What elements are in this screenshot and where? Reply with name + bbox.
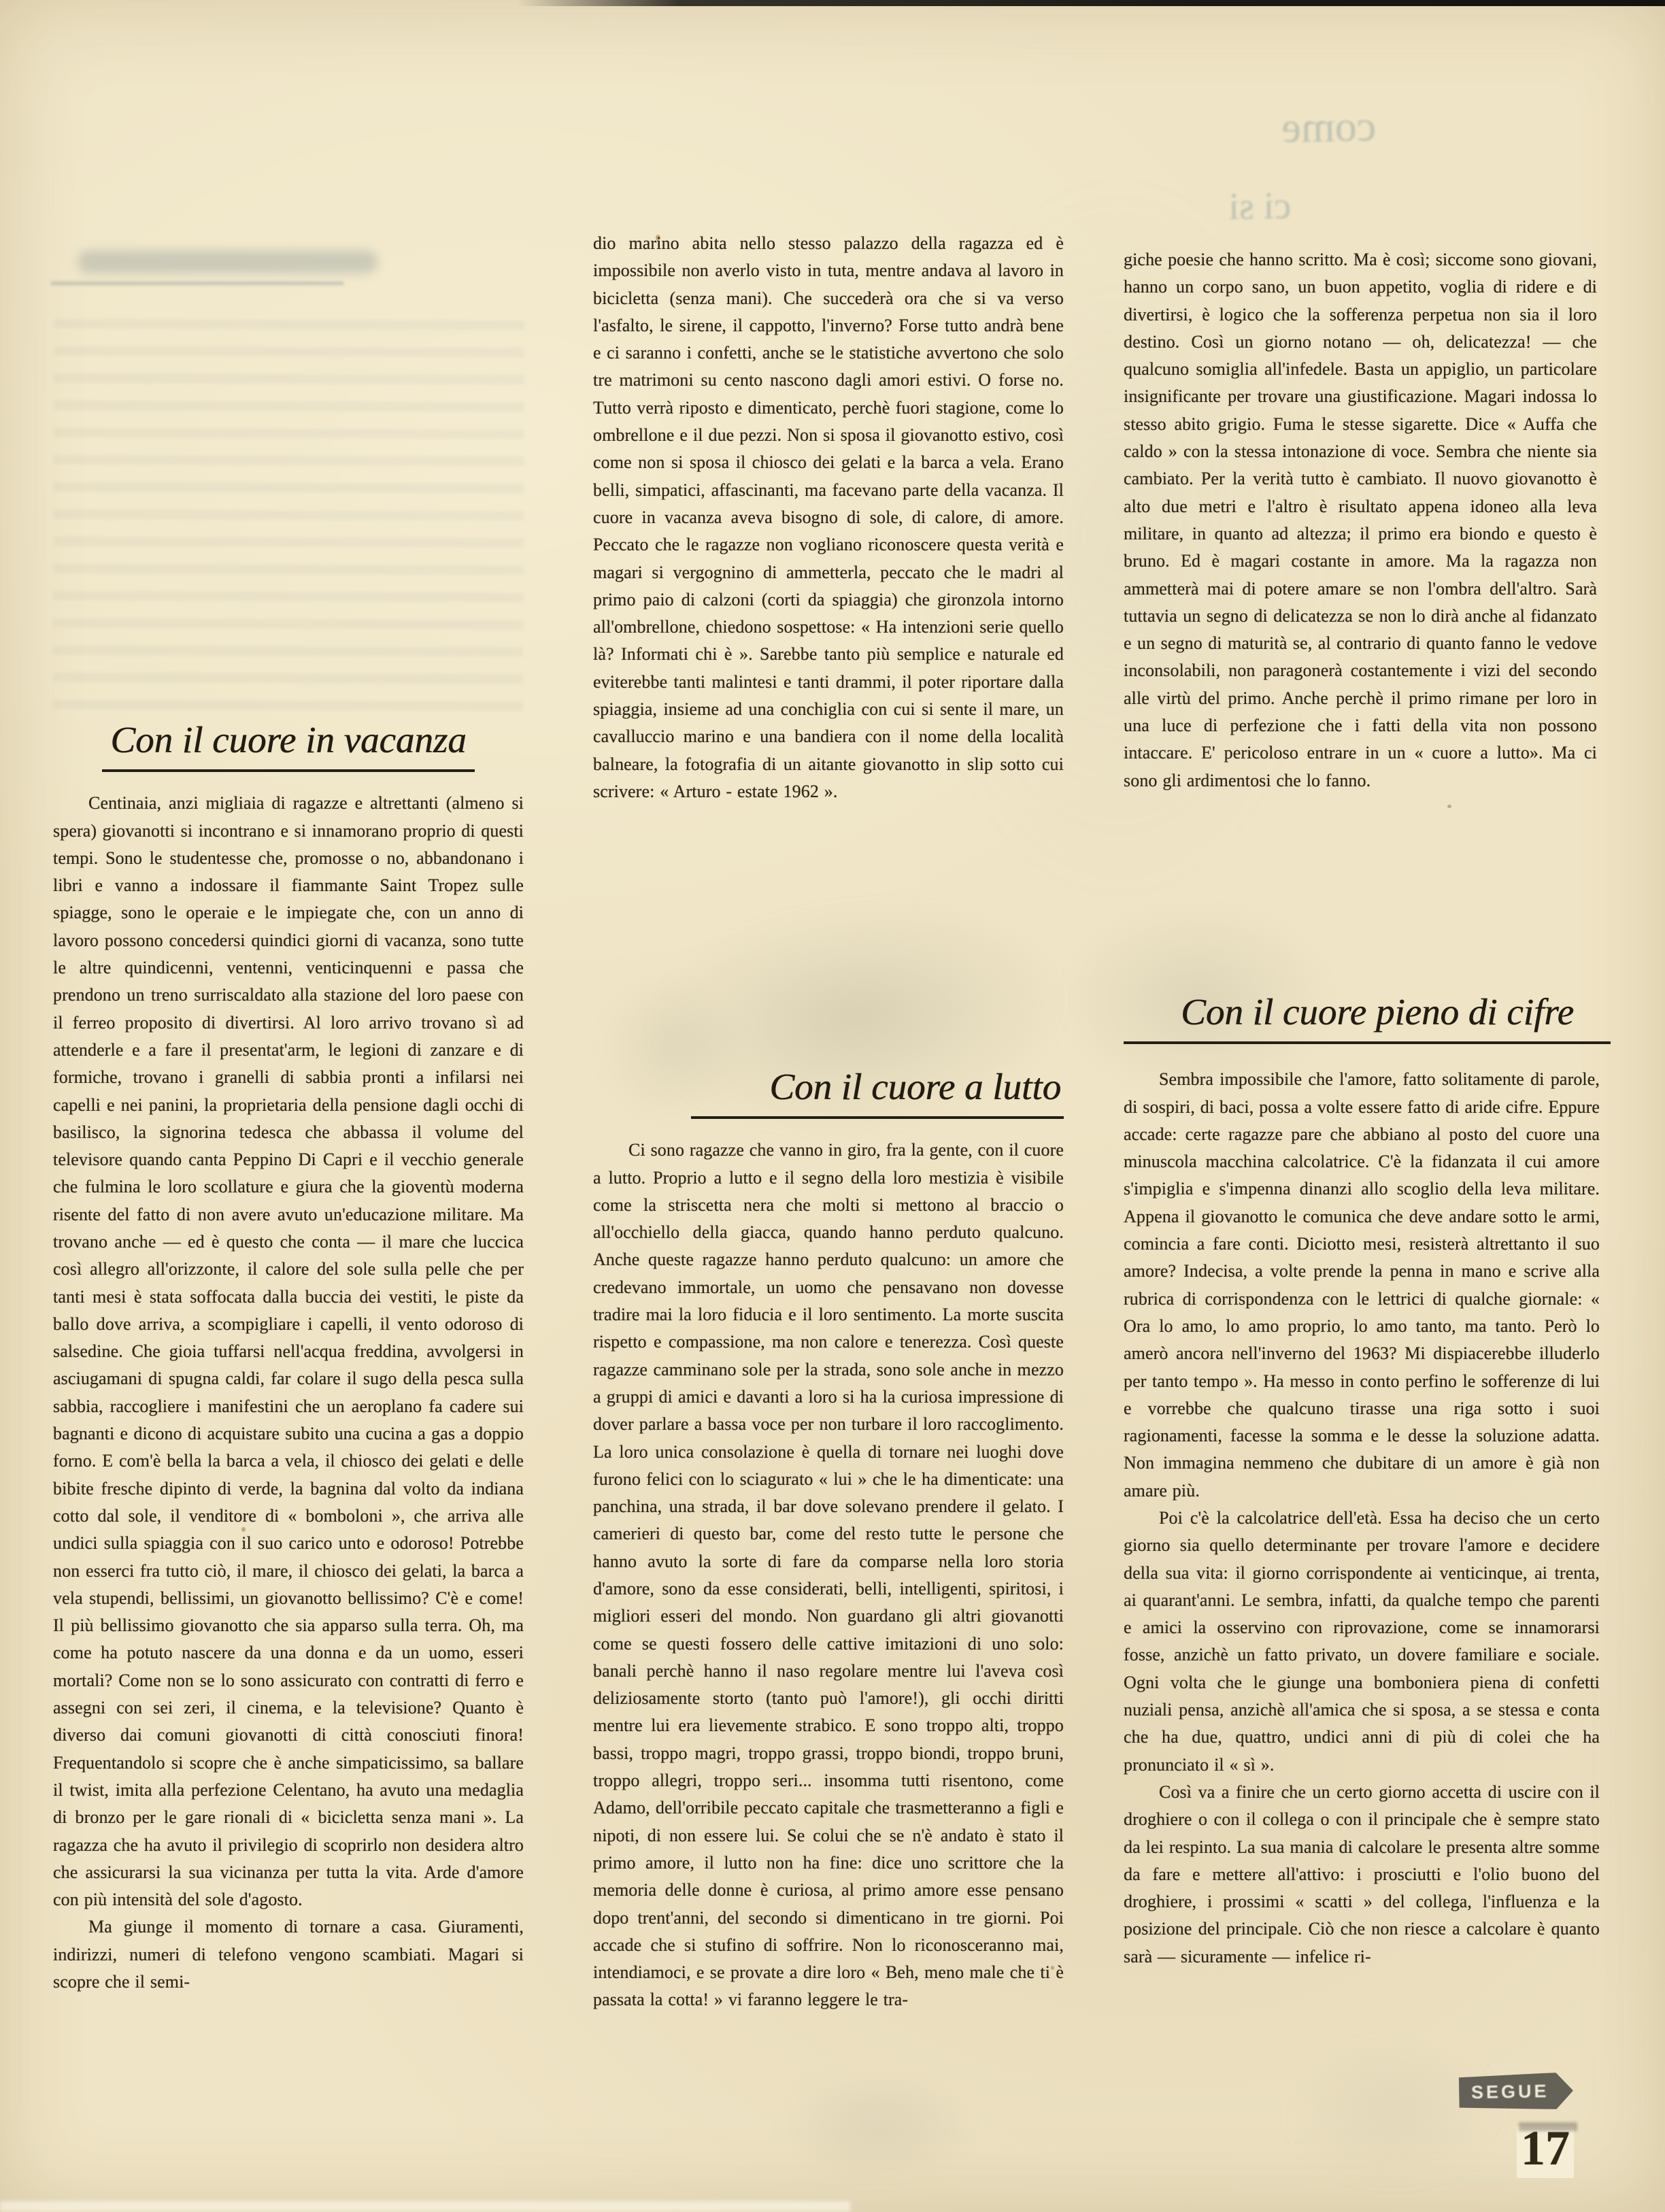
bleedthrough-heading-rule	[51, 282, 343, 285]
bleedthrough-word: come	[1249, 101, 1376, 153]
segue-arrow-badge: SEGUE	[1459, 2073, 1574, 2111]
heading-underline	[1124, 1041, 1611, 1044]
article-heading-cuore-pieno-di-cifre: Con il cuore pieno di cifre	[1128, 990, 1627, 1033]
body-paragraph: Ci sono ragazze che vanno in giro, fra l…	[593, 1137, 1064, 2014]
article-column-middle-continuation: dio marino abita nello stesso palazzo de…	[593, 230, 1064, 805]
article-heading-cuore-a-lutto: Con il cuore a lutto	[593, 1065, 1064, 1108]
bleedthrough-photo-patch	[775, 2068, 979, 2183]
scan-edge-top	[517, 0, 1665, 6]
segue-label: SEGUE	[1459, 2081, 1549, 2103]
bleedthrough-heading	[78, 250, 377, 273]
body-paragraph: Sembra impossibile che l'amore, fatto so…	[1124, 1066, 1600, 1505]
bleedthrough-text-lines	[52, 319, 524, 718]
article-column-middle: Con il cuore a lutto Ci sono ragazze che…	[593, 1065, 1064, 2014]
magazine-page: come ci si Con il cuore in vacanza Centi…	[0, 0, 1665, 2212]
body-paragraph: Ma giunge il momento di tornare a casa. …	[53, 1913, 524, 1996]
body-paragraph: giche poesie che hanno scritto. Ma è cos…	[1124, 246, 1597, 794]
paper-speck	[1447, 805, 1451, 808]
scan-edge-bottom	[0, 2201, 850, 2212]
bleedthrough-photo-patch	[1279, 2034, 1510, 2190]
bleedthrough-word: ci si	[1188, 184, 1291, 230]
article-column-left: Con il cuore in vacanza Centinaia, anzi …	[53, 718, 524, 1996]
heading-underline	[102, 769, 475, 772]
article-column-right-continuation: giche poesie che hanno scritto. Ma è cos…	[1124, 246, 1597, 794]
body-paragraph: dio marino abita nello stesso palazzo de…	[593, 230, 1064, 805]
heading-underline	[691, 1116, 1064, 1119]
body-paragraph: Così va a finire che un certo giorno acc…	[1124, 1779, 1600, 1971]
page-number: 17	[1517, 2124, 1574, 2173]
body-paragraph: Poi c'è la calcolatrice dell'età. Essa h…	[1124, 1505, 1600, 1779]
article-column-right: Con il cuore pieno di cifre Sembra impos…	[1124, 990, 1600, 1971]
body-paragraph: Centinaia, anzi migliaia di ragazze e al…	[53, 790, 524, 1913]
article-heading-cuore-in-vacanza: Con il cuore in vacanza	[53, 718, 524, 761]
